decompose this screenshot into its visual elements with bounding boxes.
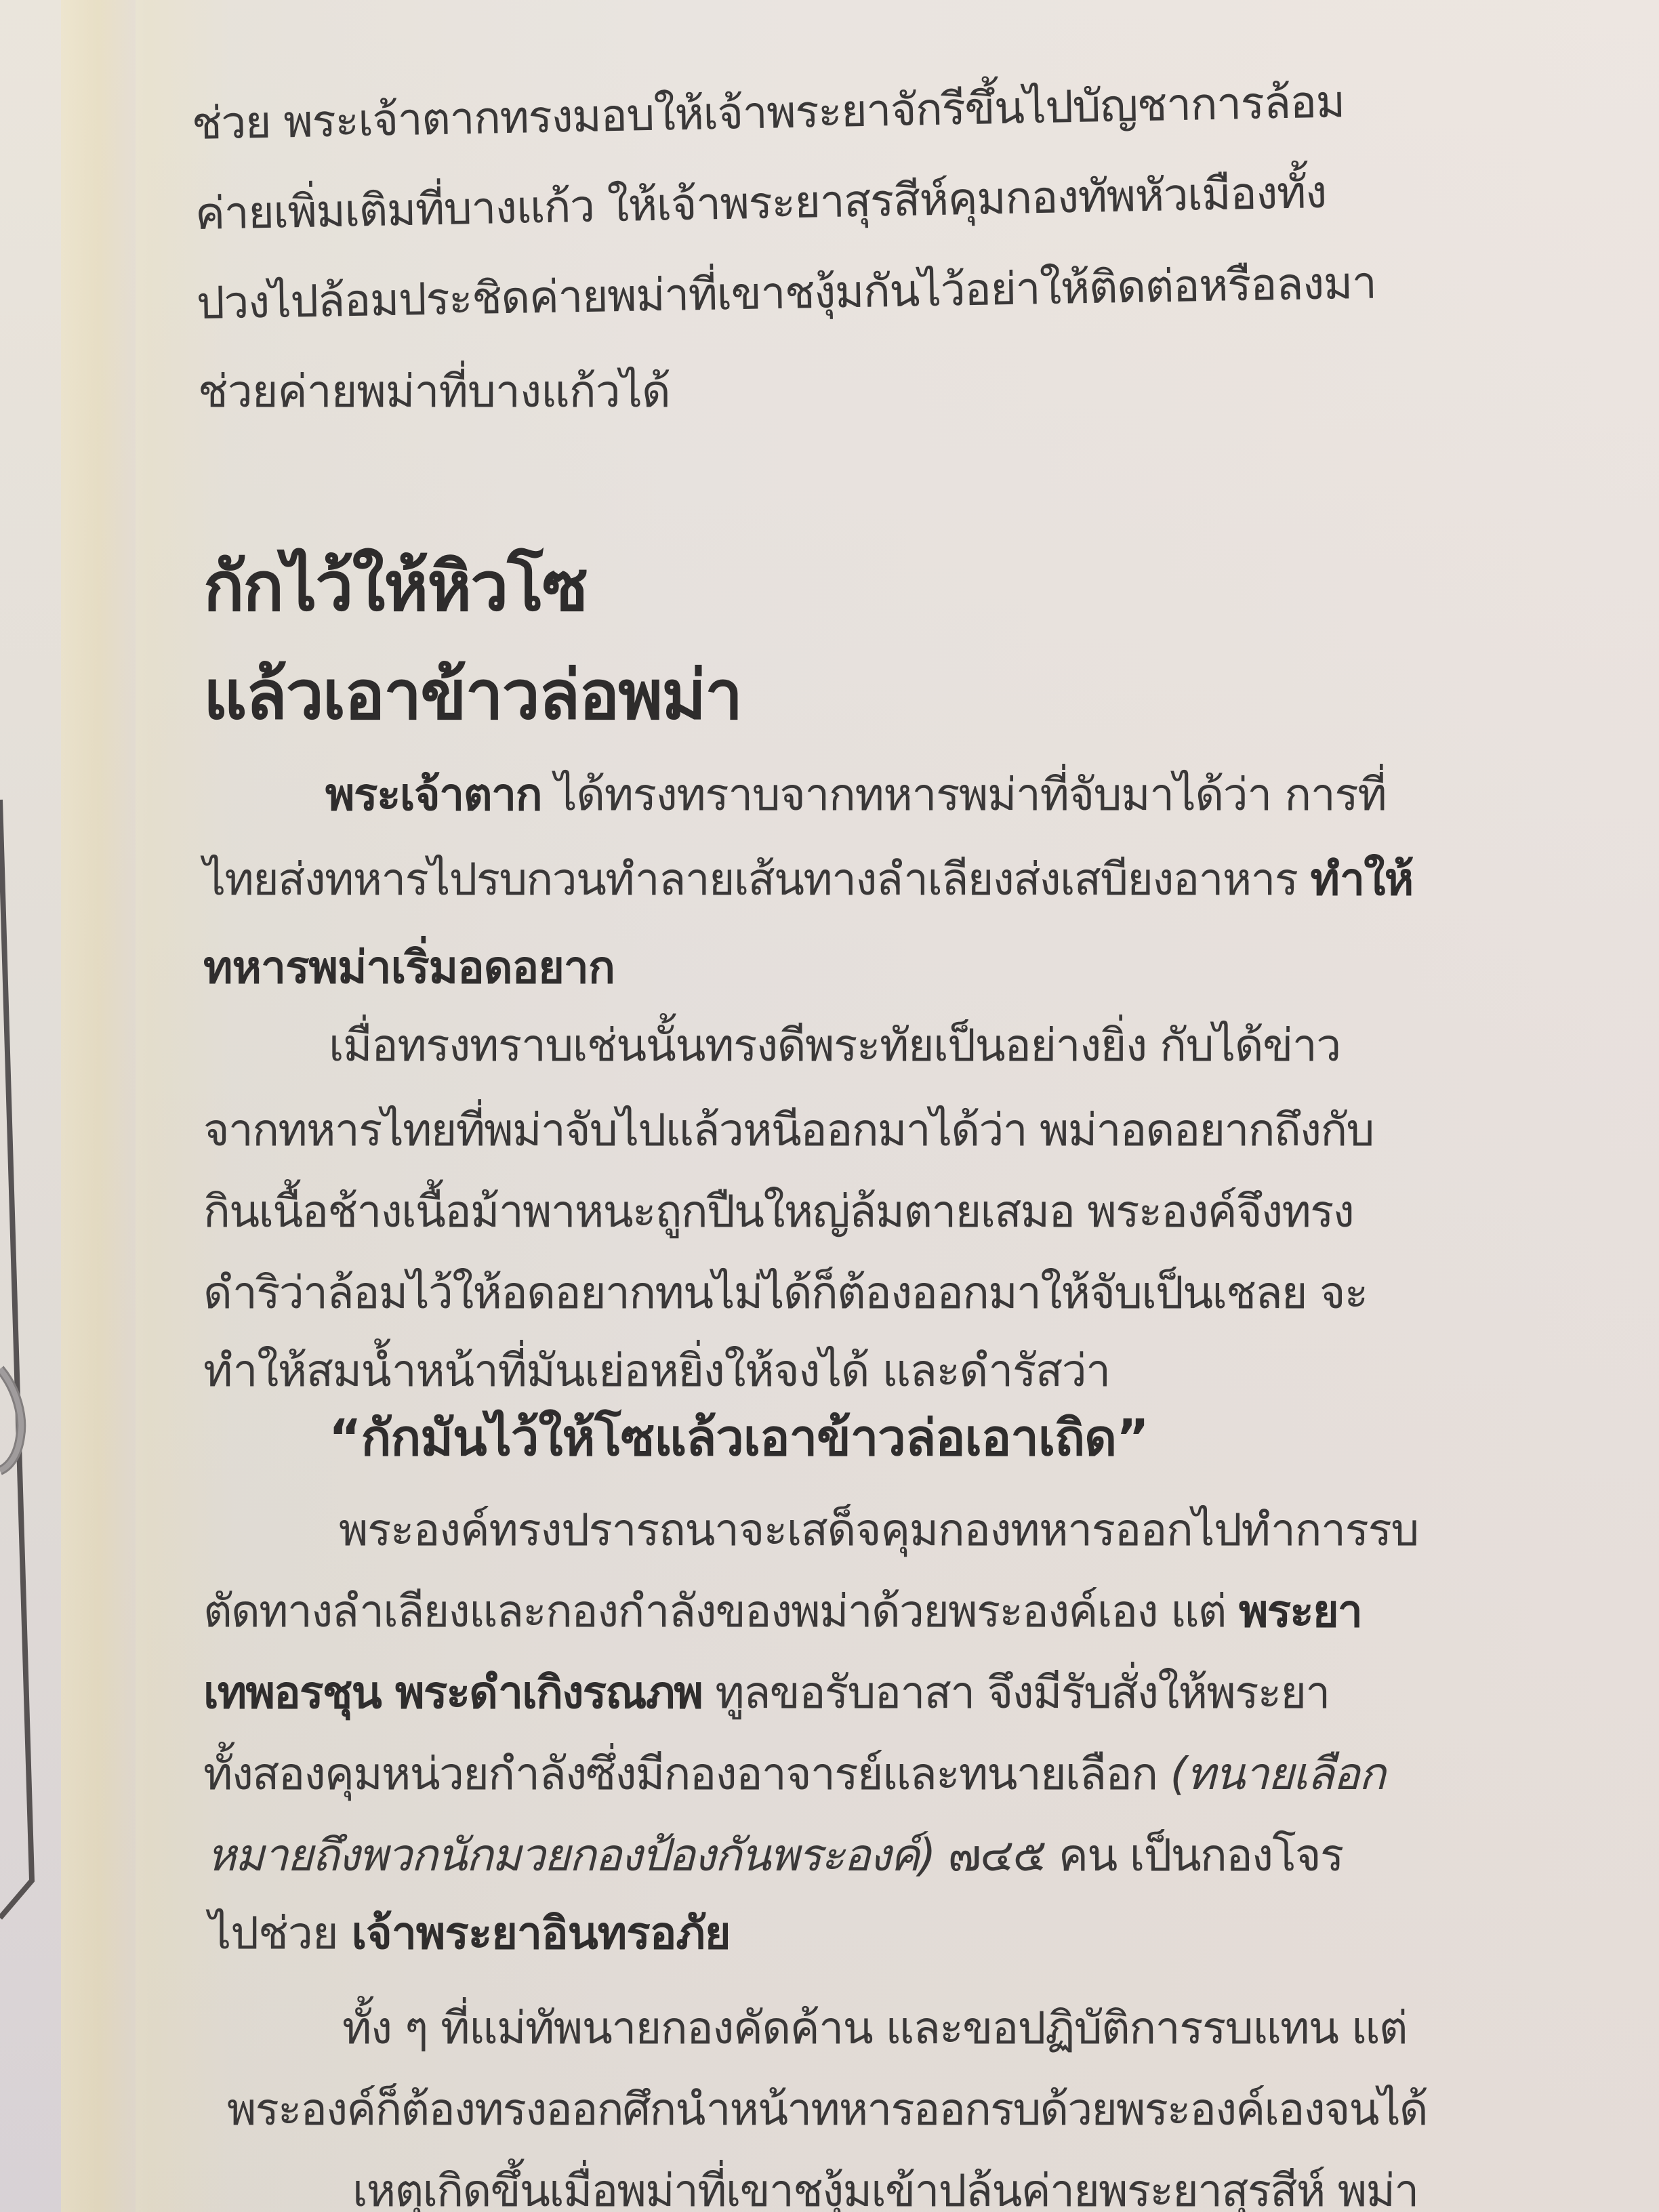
text-line: ค่ายเพิ่มเติมที่บางแก้ว ให้เจ้าพระยาสุรส… — [194, 170, 1326, 237]
text-line: ดำริว่าล้อมไว้ให้อดอยากทนไม่ได้ก็ต้องออก… — [203, 1271, 1367, 1315]
text-line: ทหารพม่าเริ่มอดอยาก — [203, 945, 615, 990]
text-segment: ตัดทางลำเลียงและกองกำลังของพม่าด้วยพระอง… — [203, 1585, 1239, 1637]
bold-name-phrase: พระยา — [1239, 1585, 1361, 1637]
text-line: ไปช่วย เจ้าพระยาอินทรอภัย — [209, 1911, 731, 1956]
text-line: จากทหารไทยที่พม่าจับไปแล้วหนีออกมาได้ว่า… — [203, 1108, 1374, 1153]
text-line: กินเนื้อช้างเนื้อม้าพาหนะถูกปืนใหญ่ล้มตา… — [203, 1189, 1353, 1234]
text-line: ทั้ง ๆ ที่แม่ทัพนายกองคัดค้าน และขอปฏิบั… — [342, 2006, 1407, 2051]
text-line: ช่วย พระเจ้าตากทรงมอบให้เจ้าพระยาจักรีขึ… — [191, 79, 1345, 146]
text-line: เมื่อทรงทราบเช่นนั้นทรงดีพระทัยเป็นอย่าง… — [329, 1023, 1340, 1068]
text-segment: ทูลขอรับอาสา จึงมีรับสั่งให้พระยา — [702, 1666, 1329, 1719]
text-line: หมายถึงพวกนักมวยกองป้องกันพระองค์) ๗๔๕ ค… — [207, 1833, 1343, 1878]
text-line: พระองค์ทรงปรารถนาจะเสด็จคุมกองทหารออกไปท… — [339, 1508, 1418, 1553]
bold-name-phrase: พระเจ้าตาก — [325, 769, 541, 821]
text-segment: ๗๔๕ คน เป็นกองโจร — [935, 1829, 1343, 1881]
section-heading-line-2: แล้วเอาข้าวล่อพม่า — [203, 661, 741, 729]
text-line: ไทยส่งทหารไปรบกวนทำลายเส้นทางลำเลียงส่งเ… — [203, 857, 1412, 902]
text-segment: ไปช่วย — [209, 1907, 352, 1959]
bold-phrase: ทำให้ — [1311, 853, 1413, 905]
italic-note: หมายถึงพวกนักมวยกองป้องกันพระองค์) — [207, 1829, 935, 1881]
italic-note: (ทนายเลือก — [1170, 1748, 1385, 1800]
quote-line: “กักมันไว้ให้โซแล้วเอาข้าวล่อเอาเถิด” — [329, 1413, 1149, 1463]
text-line: ช่วยค่ายพม่าที่บางแก้วได้ — [198, 369, 670, 414]
text-line: เทพอรชุน พระดำเกิงรณภพ ทูลขอรับอาสา จึงม… — [203, 1671, 1330, 1715]
bold-phrase: ทหารพม่าเริ่มอดอยาก — [203, 941, 615, 994]
text-line: ปวงไปล้อมประชิดค่ายพม่าที่เขาชงุ้มกันไว้… — [196, 261, 1376, 326]
text-segment: ทั้งสองคุมหน่วยกำลังซึ่งมีกองอาจารย์และท… — [203, 1748, 1170, 1800]
text-line: ทำให้สมน้ำหน้าที่มันเย่อหยิ่งให้จงได้ แล… — [203, 1349, 1110, 1393]
bold-name-phrase: เทพอรชุน พระดำเกิงรณภพ — [203, 1666, 702, 1719]
text-segment: ไทยส่งทหารไปรบกวนทำลายเส้นทางลำเลียงส่งเ… — [203, 853, 1311, 905]
text-line: ทั้งสองคุมหน่วยกำลังซึ่งมีกองอาจารย์และท… — [203, 1752, 1385, 1797]
text-line: พระองค์ก็ต้องทรงออกศึกนำหน้าทหารออกรบด้ว… — [227, 2087, 1427, 2132]
text-segment: ได้ทรงทราบจากทหารพม่าที่จับมาได้ว่า การท… — [541, 769, 1386, 821]
text-line: พระเจ้าตาก ได้ทรงทราบจากทหารพม่าที่จับมา… — [325, 773, 1386, 817]
text-line: ตัดทางลำเลียงและกองกำลังของพม่าด้วยพระอง… — [203, 1589, 1361, 1634]
bold-name-phrase: เจ้าพระยาอินทรอภัย — [352, 1907, 731, 1959]
section-heading-line-1: กักไว้ให้หิวโซ — [203, 552, 587, 620]
text-line: เหตุเกิดขึ้นเมื่อพม่าที่เขาชงุ้มเข้าปล้น… — [352, 2169, 1418, 2212]
facing-page-illustration-frame — [0, 0, 136, 2212]
